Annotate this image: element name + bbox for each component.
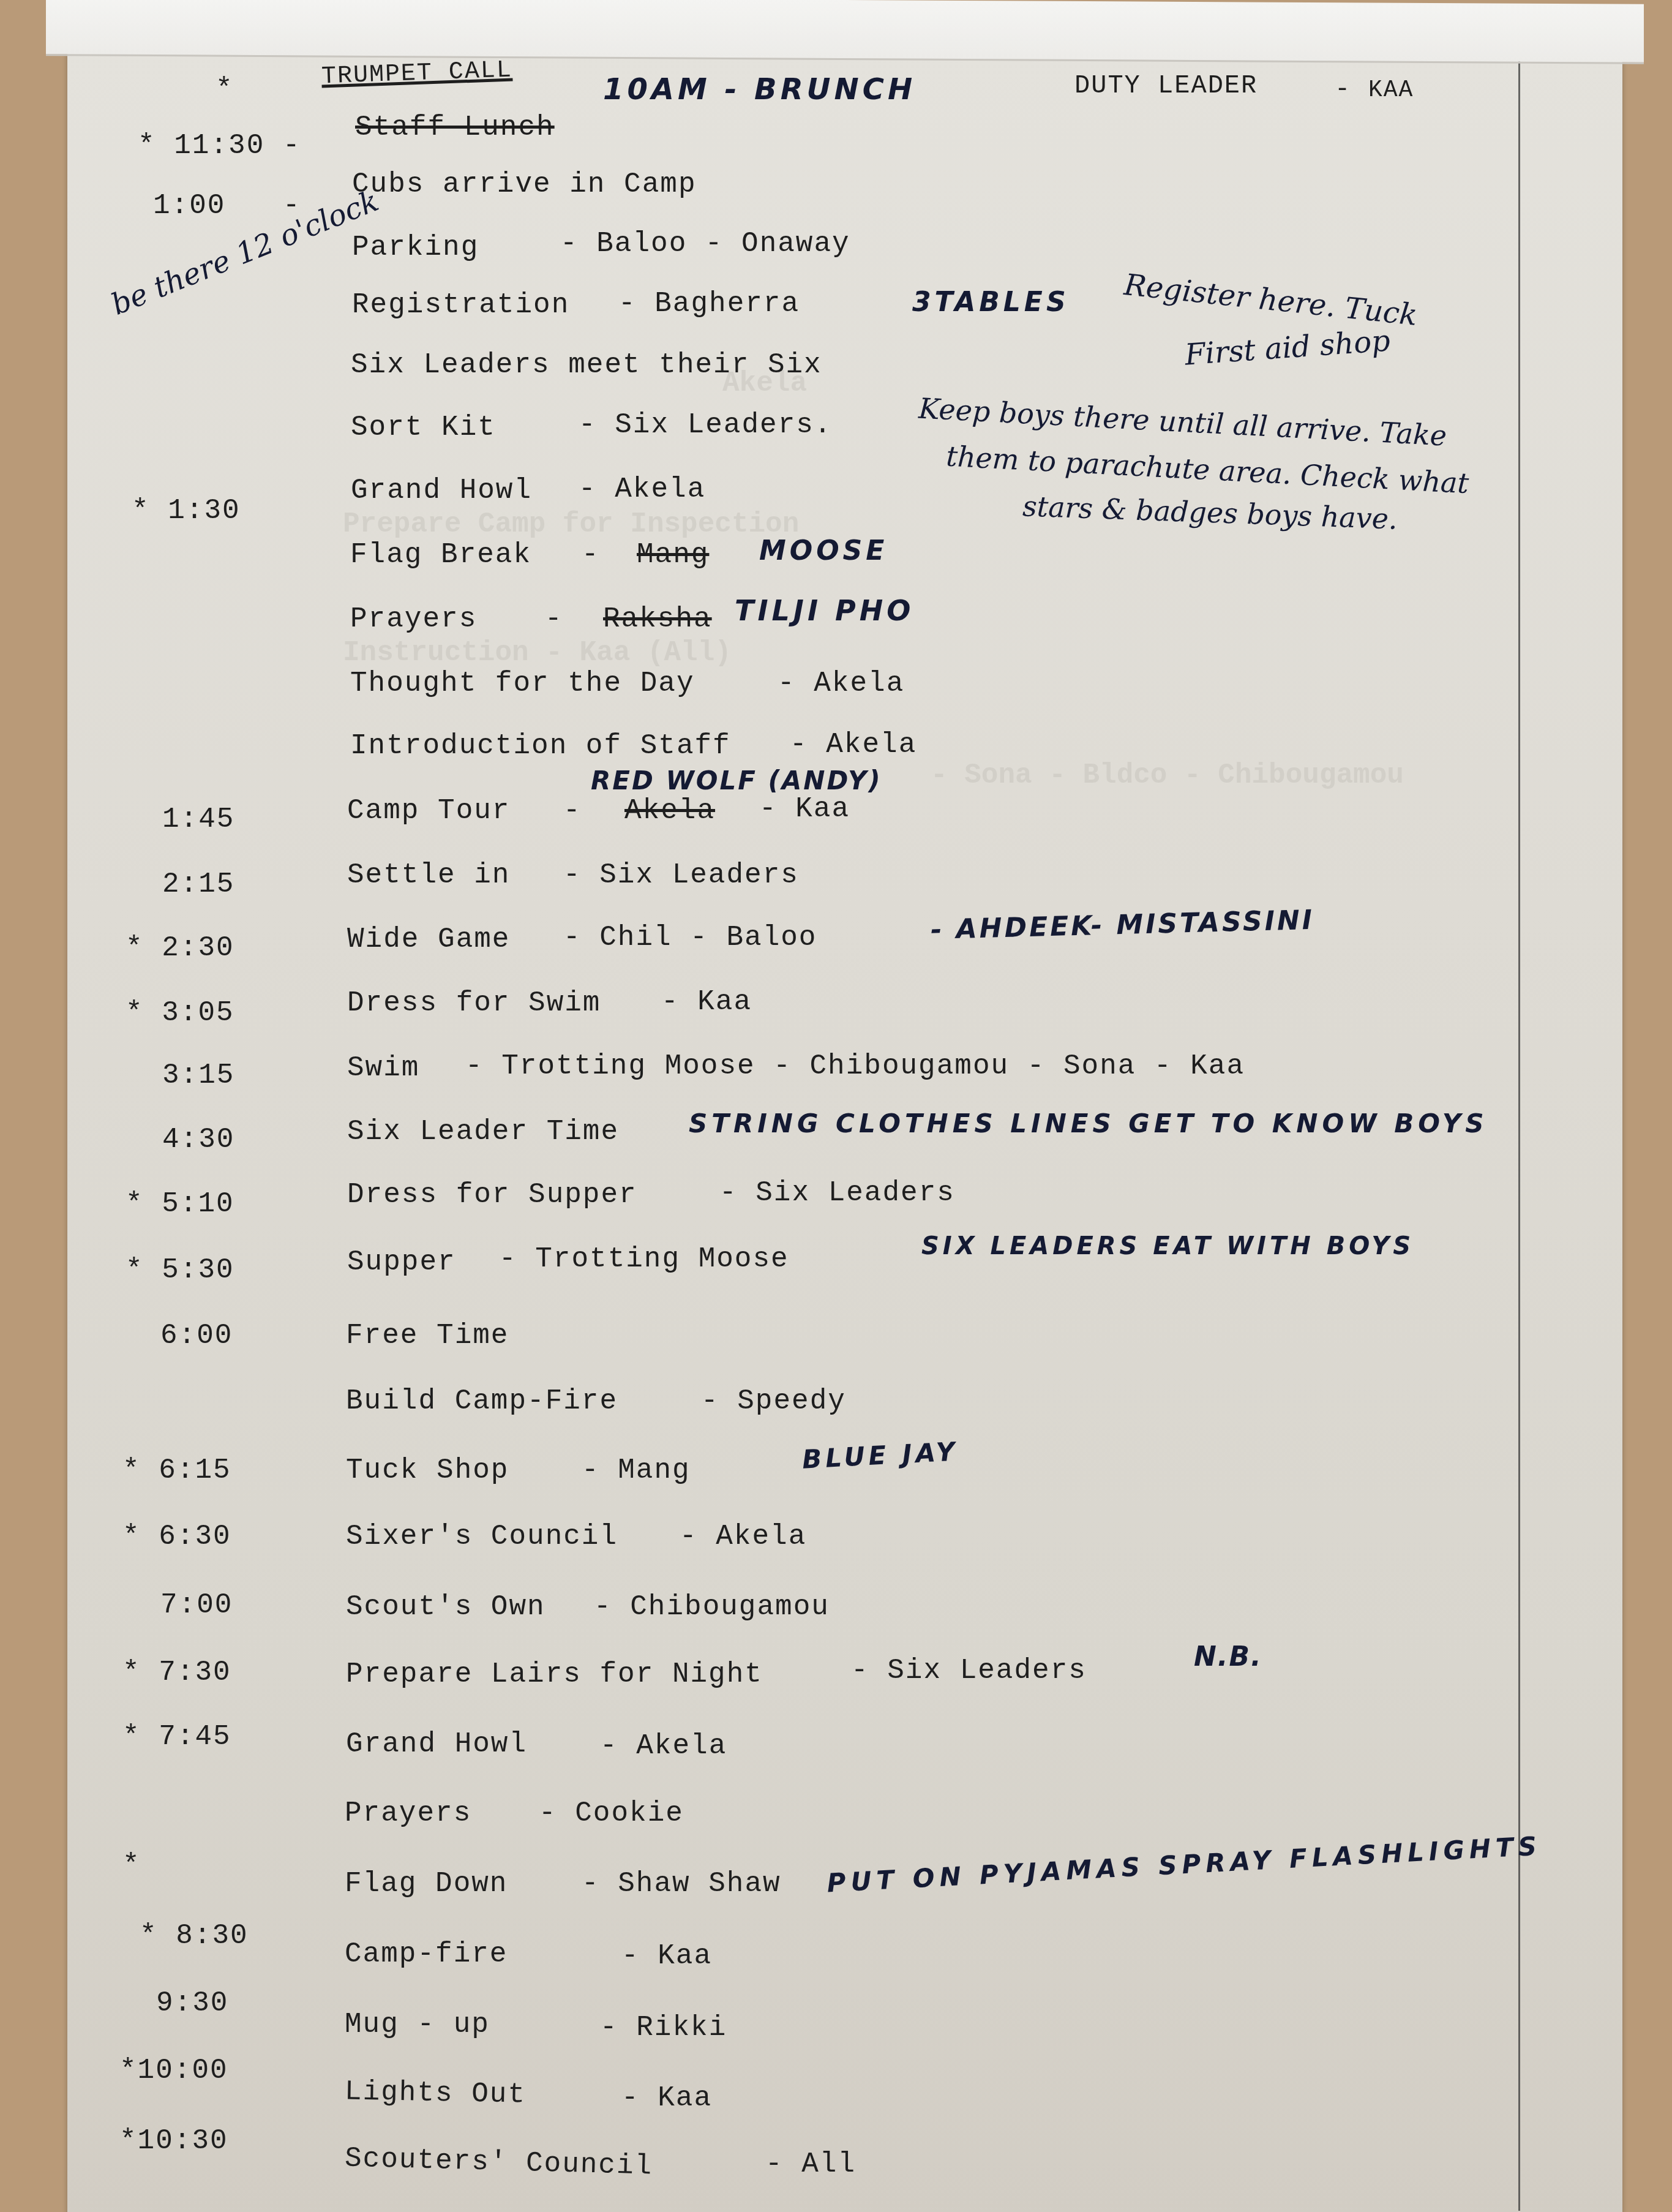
row-activity: Flag Break — [350, 539, 531, 571]
row-activity: Prepare Lairs for Night — [346, 1658, 763, 1690]
row-leader-dash: - — [545, 603, 563, 635]
row-dash: - — [283, 130, 301, 162]
registration-note: 3TABLES — [912, 287, 1070, 318]
row-activity: Grand Howl — [346, 1728, 527, 1760]
row-leader-handwritten: MOOSE — [759, 535, 888, 566]
row-activity: Free Time — [346, 1320, 509, 1352]
row-time: * 11:30 — [138, 130, 264, 162]
row-leader: - Kaa — [621, 1940, 712, 1972]
row-time: * 8:30 — [140, 1920, 249, 1952]
row-time: *10:30 — [119, 2125, 228, 2157]
row-leader: - All — [765, 2148, 856, 2180]
row-activity: Thought for the Day — [350, 668, 695, 699]
row-time: * 5:30 — [126, 1254, 234, 1286]
row-activity: Lights Out — [345, 2075, 527, 2110]
row-time: * 3:05 — [126, 997, 234, 1029]
row-leader: - Kaa — [621, 2082, 712, 2114]
row-leader-handwritten: RED WOLF (ANDY) — [591, 766, 882, 796]
row-leader: - Six Leaders. — [579, 409, 832, 441]
row-time: * 7:30 — [122, 1657, 231, 1688]
row-time: * 7:45 — [122, 1721, 231, 1753]
row-time: 9:30 — [156, 1987, 228, 2019]
row-leader-dash: - — [563, 795, 582, 827]
row-leader-handwritten: SIX LEADERS EAT WITH BOYS — [921, 1232, 1414, 1260]
row-leader: - Kaa — [759, 793, 850, 825]
row-activity: Sixer's Council — [346, 1521, 618, 1552]
row-leader-handwritten: TILJI PHO — [735, 594, 914, 627]
row-activity: Cubs arrive in Camp — [352, 168, 697, 200]
row-leader: - Akela — [579, 473, 705, 505]
row-activity: Parking — [352, 231, 479, 263]
row-activity: Wide Game — [347, 924, 510, 955]
overlapping-page-edge — [46, 0, 1644, 64]
row-leader: - Rikki — [600, 2012, 727, 2044]
row-activity: Prayers — [350, 603, 477, 635]
row-time: 2:15 — [162, 868, 234, 900]
row-leader: - Mang — [582, 1454, 691, 1486]
row-leader: - Akela — [600, 1730, 727, 1762]
duty-leader-name: KAA — [1368, 77, 1414, 103]
row-time: 3:15 — [162, 1059, 234, 1091]
row-activity: Camp-fire — [345, 1938, 508, 1970]
row-activity: Camp Tour — [347, 795, 510, 827]
row-activity: Grand Howl — [351, 475, 532, 506]
row-time: * 5:10 — [126, 1188, 234, 1220]
row-leader: - Cookie — [539, 1797, 684, 1829]
row-activity: Six Leaders meet their Six — [351, 349, 822, 381]
show-through-text: Prepare Camp for Inspection — [343, 508, 799, 540]
row-leader: - Trotting Moose - Chibougamou - Sona - … — [465, 1050, 1245, 1082]
row-activity: Prayers — [345, 1797, 471, 1829]
row-activity: Mug - up — [345, 2009, 490, 2041]
row-time: 6:00 — [160, 1320, 233, 1352]
row-leader-struck: Akela — [624, 795, 715, 827]
row-leader: - Akela — [790, 729, 917, 761]
row-activity: Registration — [352, 289, 569, 321]
row-activity: Staff Lunch — [355, 111, 555, 143]
header-asterisk: * — [216, 73, 234, 105]
row-activity: Swim — [347, 1052, 419, 1084]
row-activity: Sort Kit — [351, 412, 496, 443]
row-leader: - Six Leaders — [719, 1177, 955, 1209]
row-activity: Settle in — [347, 859, 510, 891]
row-leader: - Bagherra — [618, 288, 800, 320]
row-leader-handwritten: STRING CLOTHES LINES GET TO KNOW BOYS — [689, 1108, 1488, 1138]
show-through-text: - Sona - Bldco - Chibougamou — [931, 759, 1404, 791]
brunch-note: 10AM - BRUNCH — [603, 72, 916, 107]
row-leader: - Shaw Shaw — [582, 1868, 781, 1900]
row-time: * — [122, 1849, 141, 1881]
row-activity: Build Camp-Fire — [346, 1385, 618, 1417]
row-activity: Supper — [347, 1246, 456, 1278]
row-time: * 2:30 — [126, 932, 234, 964]
row-time: 7:00 — [160, 1589, 233, 1621]
row-leader: - Speedy — [701, 1385, 846, 1417]
row-time: * 6:15 — [122, 1454, 231, 1486]
row-time: 4:30 — [162, 1124, 234, 1156]
row-activity: Scout's Own — [346, 1591, 545, 1623]
row-activity: Introduction of Staff — [350, 730, 731, 762]
row-leader: - Kaa — [661, 986, 752, 1018]
row-leader: - Baloo - Onaway — [560, 228, 850, 260]
row-leader: - Akela — [680, 1521, 806, 1552]
row-leader: - Chil - Baloo — [563, 922, 817, 954]
row-time: * 1:30 — [132, 495, 241, 527]
row-leader: - Akela — [778, 668, 904, 699]
row-dash: - — [283, 190, 301, 222]
duty-leader-label: DUTY LEADER — [1074, 71, 1258, 100]
duty-leader-dash: - — [1335, 75, 1351, 104]
row-time: *10:00 — [119, 2055, 228, 2086]
row-activity: Dress for Swim — [347, 987, 601, 1019]
row-leader-struck: Raksha — [603, 603, 712, 635]
row-leader: - Chibougamou — [594, 1591, 830, 1623]
row-time: * 6:30 — [122, 1521, 231, 1552]
row-activity: Six Leader Time — [347, 1116, 619, 1148]
row-leader: - Six Leaders — [563, 859, 799, 891]
row-leader-struck: Mang — [637, 539, 709, 571]
show-through-text: Instruction - Kaa (All) — [343, 637, 732, 669]
row-time: 1:00 — [153, 190, 225, 222]
row-activity: Flag Down — [345, 1868, 508, 1900]
row-leader: - Six Leaders — [851, 1655, 1087, 1687]
row-leader-dash: - — [582, 539, 600, 571]
row-activity: Tuck Shop — [346, 1454, 509, 1486]
row-activity: Dress for Supper — [347, 1179, 637, 1211]
row-leader: - Trotting Moose — [499, 1243, 789, 1275]
row-leader-handwritten: N.B. — [1194, 1641, 1262, 1672]
row-time: 1:45 — [162, 803, 234, 835]
margin-rule — [1518, 49, 1520, 2211]
